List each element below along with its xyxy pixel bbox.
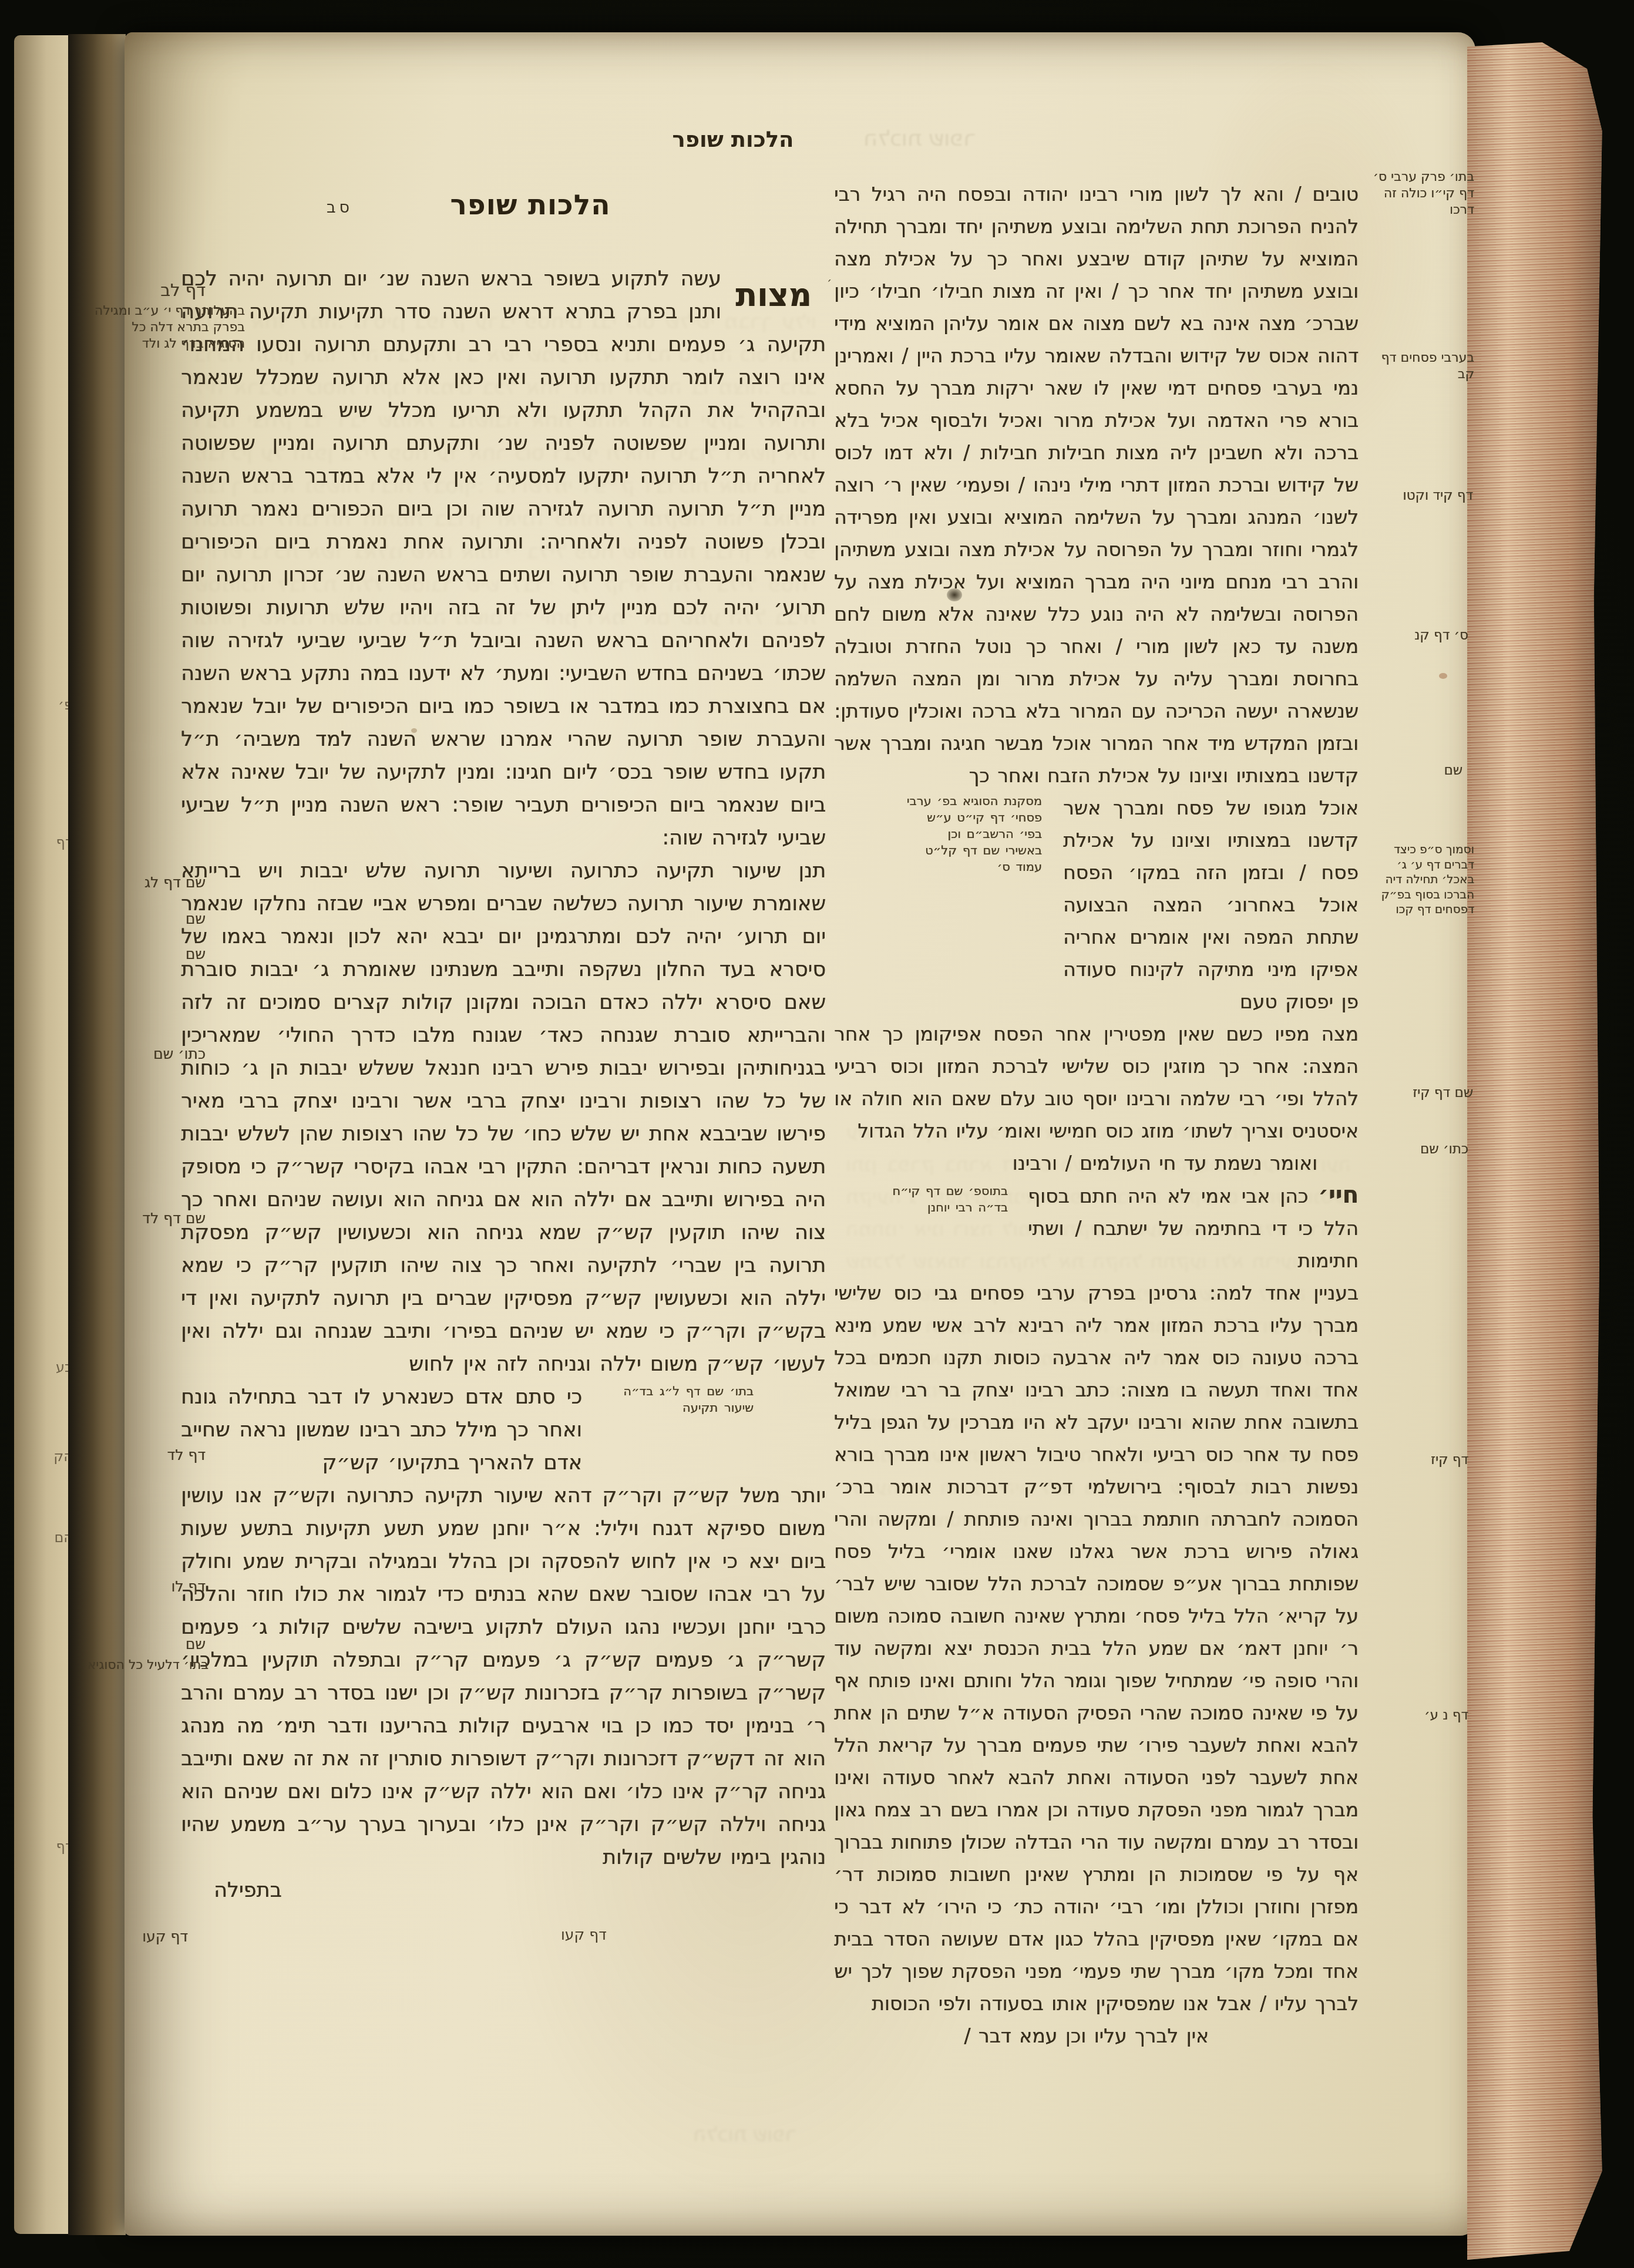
body-paragraph: ואומר נשמת עד חי העולמים / ורבינו [963,1147,1317,1179]
facing-page-text-fragment: פ׳ [58,696,68,713]
margin-note: כתו׳ שם [88,1045,206,1064]
body-paragraph: תנן שיעור תקיעה כתרועה ושיעור תרועה שלש … [181,854,826,1381]
closing-line: אין לברך עליו וכן עמא דבר / [834,2020,1359,2052]
book-scan-scene: פ׳ דף בע הק הם דף הלכות שופר בעניין אחד … [0,0,1634,2268]
body-paragraph: בעניין אחד למה: גרסינן בפרק ערבי פסחים ג… [834,1277,1359,2020]
right-text-column: טובים / והא לך לשון מורי רבינו יהודה ובפ… [834,178,1359,2052]
paragraph-text: בעניין אחד למה: גרסינן בפרק ערבי פסחים ג… [834,1281,1359,2015]
body-paragraph: מסקנת הסוגיא בפ׳ ערבי פסחי׳ דף קי״ט ע״ש … [1063,792,1359,1018]
section-title: הלכות שופר [439,189,621,221]
margin-note: בתו׳ פרק ערבי ס׳ דף קי״ו כולה זה דרכו [1366,169,1474,218]
margin-note: דף לו [88,1577,206,1596]
paragraph-text: עשה לתקוע בשופר בראש השנה שנ׳ יום תרועה … [181,267,826,850]
gutter-shadow [68,34,126,2235]
body-paragraph: טובים / והא לך לשון מורי רבינו יהודה ובפ… [834,178,1359,792]
body-paragraph: בתו׳ שם דף ל״ג בד״ה שיעור תקיעהכי סתם אד… [181,1381,582,1479]
margin-note: שם דף לג [88,873,206,892]
margin-note: כתו׳ שם [1369,1141,1468,1158]
ink-speck [411,728,417,733]
emphasized-word: חיי׳ [1318,1182,1359,1209]
inset-gloss-note: מסקנת הסוגיא בפ׳ ערבי פסחי׳ דף קי״ט ע״ש … [906,793,1042,875]
ink-speck [1439,673,1447,679]
facing-page-text-fragment: הק [53,1448,68,1465]
facing-page-text-fragment: דף [56,834,68,850]
facing-page-text-fragment: בע [56,1359,68,1375]
body-paragraph: יותר משל קש״ק וקר״ק דהא שיעור תקיעה כתרו… [181,1479,826,1874]
folio-number: סב [327,198,353,217]
body-paragraph: מצה מפיו כשם שאין מפטירין אחר הפסח אפיקו… [834,1018,1359,1147]
margin-note: ס׳ דף קנ [1369,627,1468,644]
paragraph-text: טובים / והא לך לשון מורי רבינו יהודה ובפ… [834,183,1359,787]
margin-note: שם [88,1635,206,1654]
inset-gloss-note: בתוספ׳ שם דף קי״ח בד״ה רבי יוחנן [874,1183,1008,1216]
margin-note: שם [1374,762,1462,779]
opening-mark: ׳ [827,275,832,289]
paragraph-text: תנן שיעור תקיעה כתרועה ושיעור תרועה שלש … [181,859,826,1376]
paragraph-text: יותר משל קש״ק וקר״ק דהא שיעור תקיעה כתרו… [181,1484,826,1869]
margin-note: שם [88,945,206,964]
body-paragraph: בתוספ׳ שם דף קי״ח בד״ה רבי יוחנןחיי׳ כהן… [1028,1179,1359,1277]
margin-note: דף לב [88,280,206,301]
margin-note: בתו׳ דלעיל כל הסוגיא [82,1657,209,1674]
paragraph-text: אוכל מגופו של פסח ומברך אשר קדשנו במצותי… [1063,796,1359,1013]
left-text-column: מצותעשה לתקוע בשופר בראש השנה שנ׳ יום תר… [181,263,826,1907]
paragraph-text: כהן אבי אמי לא היה חתם בסוף הלל כי די בח… [1028,1185,1359,1272]
margin-note: וסמוך ס״פ כיצד דברים דף ע׳ ג׳ באכל׳ תחיל… [1366,842,1474,917]
margin-note: בהעלותך דף י׳ ע״ב ומגילה בפרק בתרא דלה כ… [92,303,245,352]
margin-note: דף קעו [70,1927,188,1946]
ink-speck [947,588,962,601]
closing-word-line: בתפילה [181,1874,826,1907]
margin-note: שם דף לד [88,1209,206,1228]
paragraph-text: ואומר נשמת עד חי העולמים / ורבינו [1013,1152,1317,1175]
margin-note: דף לד [88,1446,206,1465]
margin-note: דף קיז [1369,1452,1468,1469]
margin-note: שם [88,910,206,928]
margin-note: בערבי פסחים דף קב [1366,350,1474,383]
margin-note: שם דף קיז [1367,1085,1473,1102]
paragraph-text: כי סתם אדם כשנארע לו דבר בתחילה גונח ואח… [181,1385,582,1475]
facing-page-sliver: פ׳ דף בע הק הם דף [14,35,68,2234]
margin-note: דף קיד וקטו [1367,487,1473,504]
inline-daf-reference: דף קעו [561,1926,607,1943]
paragraph-text: מצה מפיו כשם שאין מפטירין אחר הפסח אפיקו… [834,1022,1359,1142]
body-paragraph: מצותעשה לתקוע בשופר בראש השנה שנ׳ יום תר… [181,263,826,854]
dropword-initial: מצות [721,263,826,328]
facing-page-text-fragment: הם [54,1529,68,1546]
fore-edge-leaves [1467,42,1603,2260]
running-head: הלכות שופר [663,127,803,152]
inset-gloss-note: בתו׳ שם דף ל״ג בד״ה שיעור תקיעה [602,1383,754,1416]
facing-page-text-fragment: דף [56,1838,68,1855]
margin-note: דף נ ע׳ [1369,1707,1468,1724]
